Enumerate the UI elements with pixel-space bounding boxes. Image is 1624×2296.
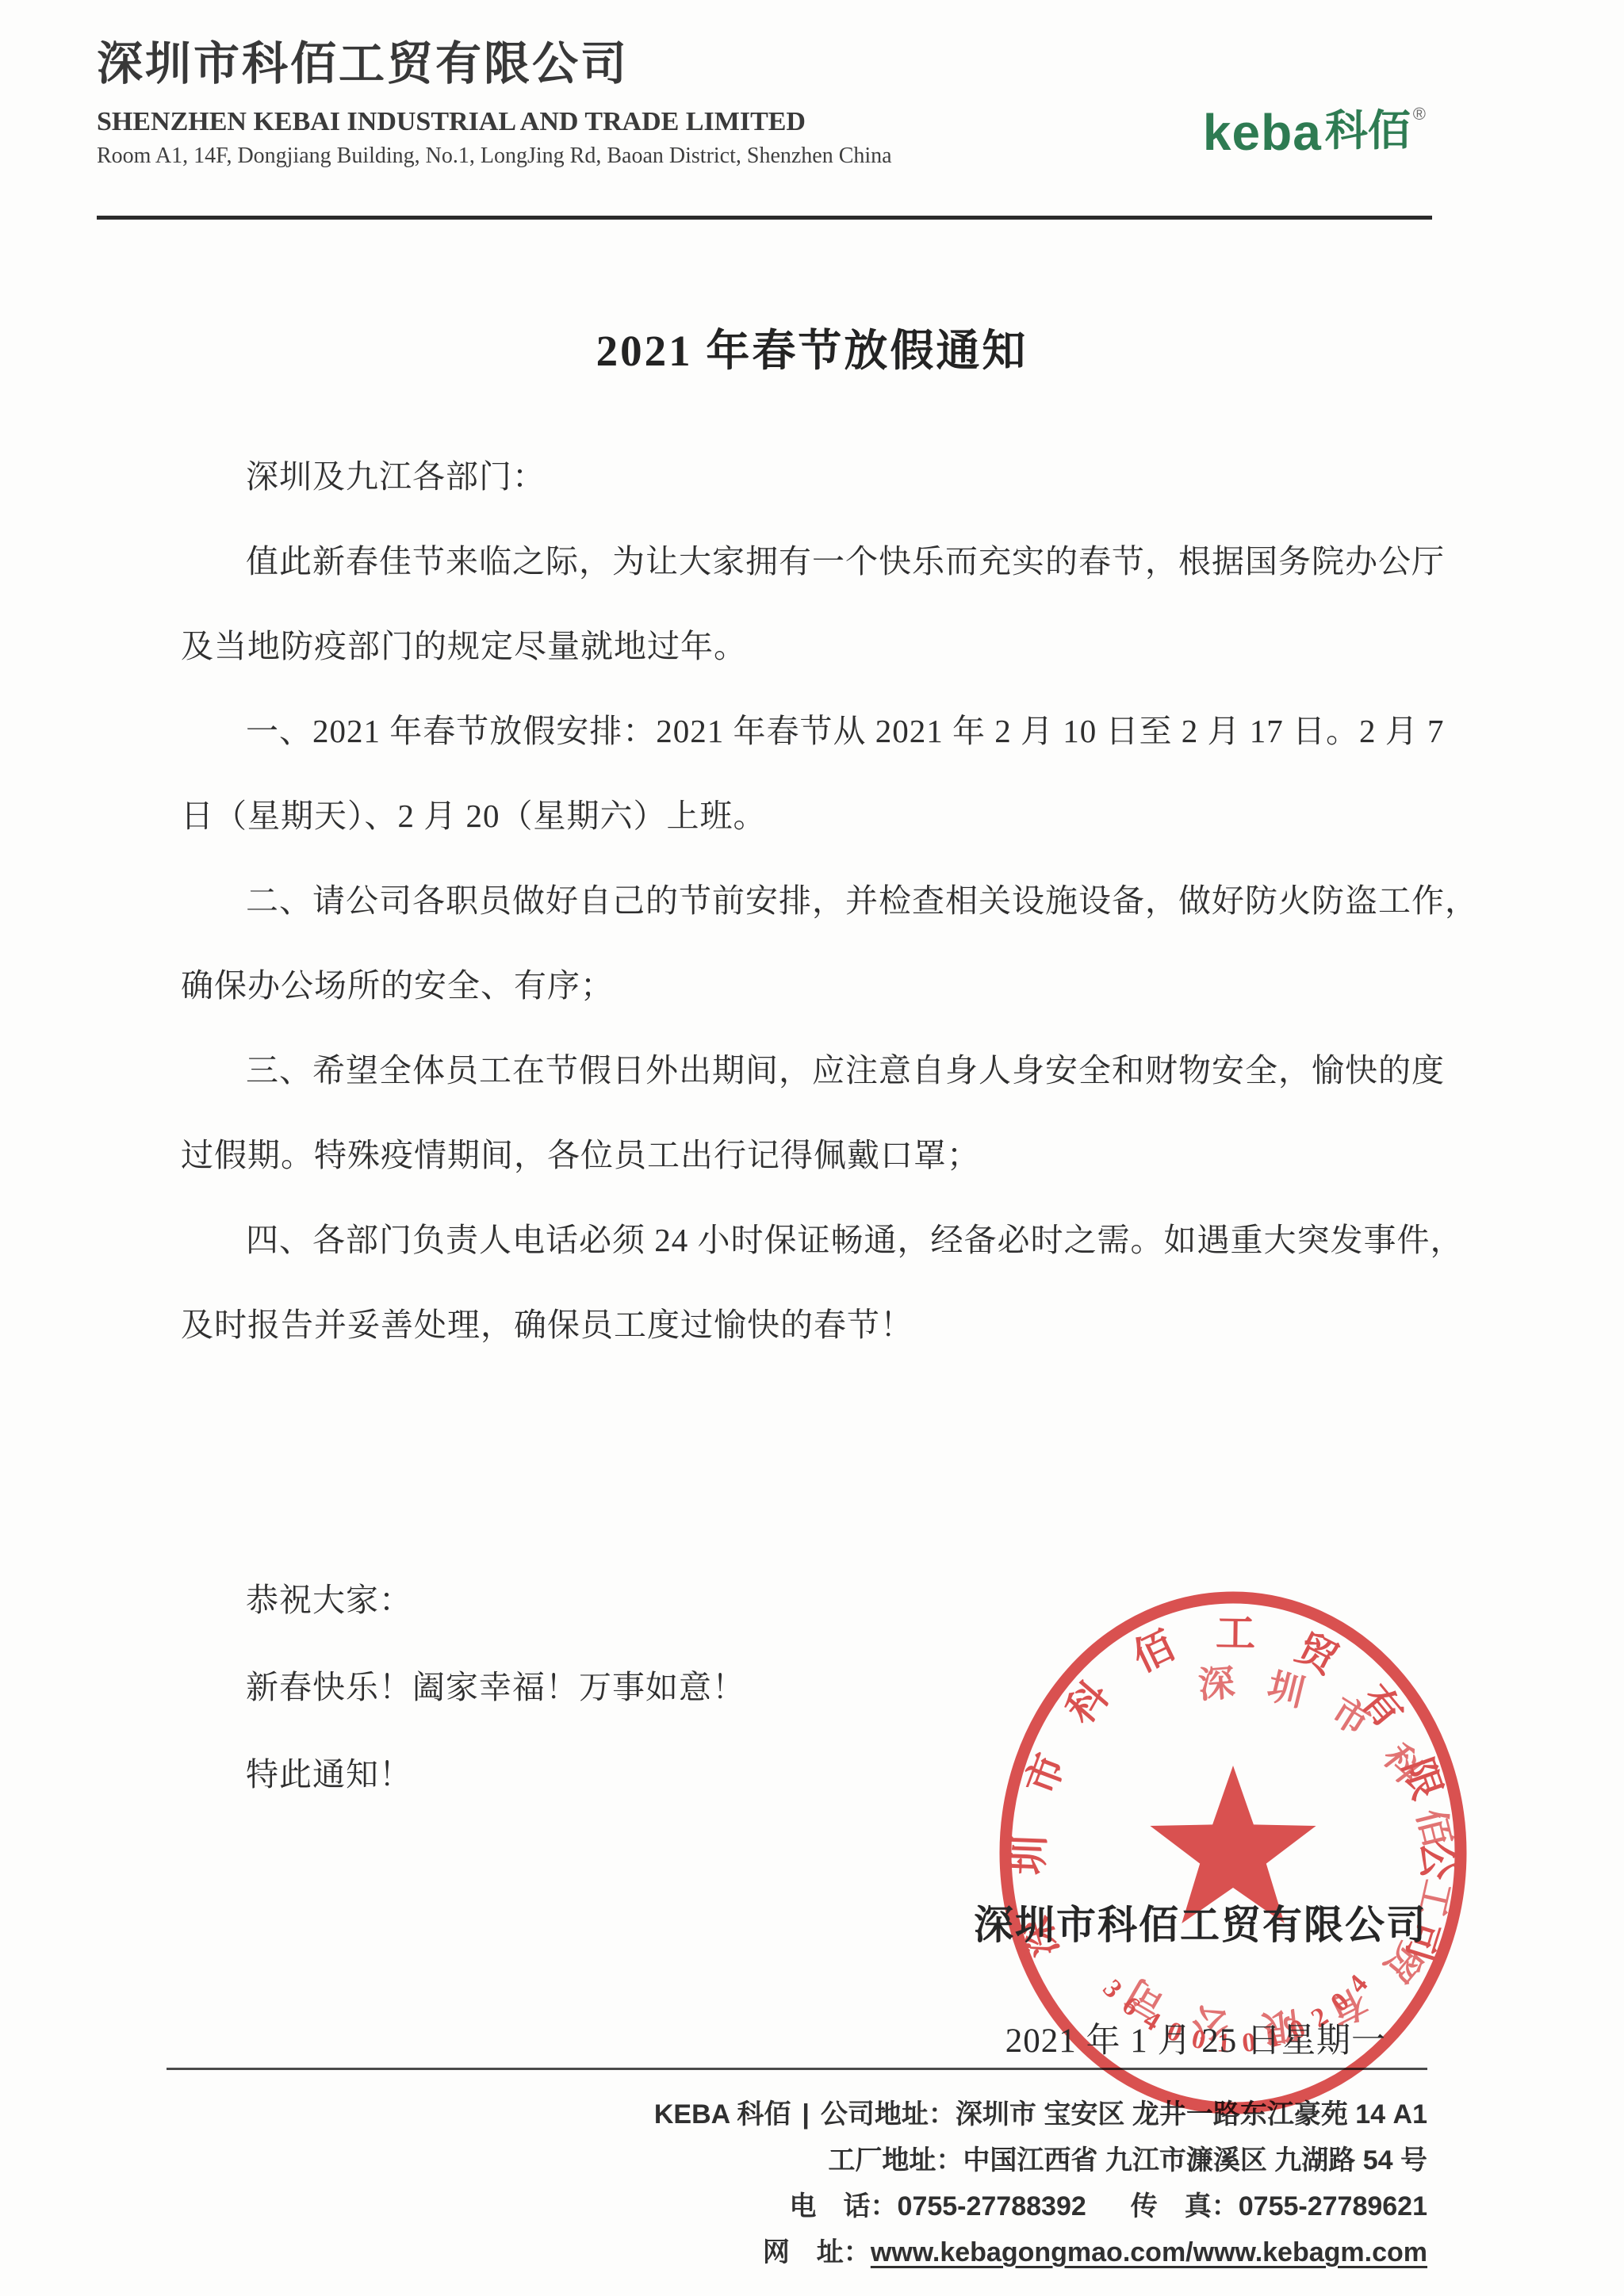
tel-value: 0755-27788392 — [898, 2191, 1086, 2221]
paragraph-line: 确保办公场所的安全、有序； — [181, 959, 1443, 1044]
footer-separator: | — [802, 2099, 810, 2130]
notice-body: 深圳及九江各部门： 值此新春佳节来临之际，为让大家拥有一个快乐而充实的春节，根据… — [181, 450, 1443, 1383]
web-label: 网 址： — [763, 2237, 871, 2267]
factory-address-label: 工厂地址： — [828, 2145, 963, 2175]
paragraph-line: 值此新春佳节来临之际，为让大家拥有一个快乐而充实的春节，根据国务院办公厅 — [181, 535, 1443, 620]
paragraph-line: 及时报告并妥善处理，确保员工度过愉快的春节！ — [181, 1299, 1443, 1383]
scanned-notice-page: 深圳市科佰工贸有限公司 SHENZHEN KEBAI INDUSTRIAL AN… — [0, 0, 1624, 2296]
letterhead: 深圳市科佰工贸有限公司 SHENZHEN KEBAI INDUSTRIAL AN… — [97, 38, 892, 171]
footer-line-tel-fax: 电 话：0755-27788392传 真：0755-27789621 — [654, 2183, 1427, 2229]
letterhead-divider — [97, 216, 1432, 220]
paragraph-line: 过假期。特殊疫情期间，各位员工出行记得佩戴口罩； — [181, 1129, 1443, 1214]
company-address-label: 公司地址： — [821, 2099, 956, 2130]
paragraph-line: 四、各部门负责人电话必须 24 小时保证畅通，经备必时之需。如遇重大突发事件， — [181, 1214, 1443, 1299]
paragraph-line: 日（星期天）、2 月 20（星期六）上班。 — [181, 790, 1443, 874]
paragraph-line: 一、2021 年春节放假安排：2021 年春节从 2021 年 2 月 10 日… — [181, 705, 1443, 790]
footer-line-factory-address: 工厂地址：中国江西省 九江市濂溪区 九湖路 54 号 — [654, 2137, 1427, 2183]
footer-brand: KEBA 科佰 — [654, 2099, 791, 2130]
footer-contact-block: KEBA 科佰|公司地址：深圳市 宝安区 龙井一路东江豪苑 14 A1 工厂地址… — [654, 2091, 1427, 2275]
footer-line-website: 网 址：www.kebagongmao.com/www.kebagm.com — [654, 2229, 1427, 2275]
paragraph-line: 二、请公司各职员做好自己的节前安排，并检查相关设施设备，做好防火防盗工作， — [181, 874, 1443, 959]
keba-logo: keba科佰® — [1203, 97, 1426, 162]
logo-latin-text: keba — [1203, 104, 1322, 161]
fax-label: 传 真： — [1131, 2191, 1239, 2221]
paragraph-line: 三、希望全体员工在节假日外出期间，应注意自身人身安全和财物安全，愉快的度 — [181, 1044, 1443, 1129]
document-title: 2021 年春节放假通知 — [0, 316, 1624, 378]
salutation-line: 深圳及九江各部门： — [181, 450, 1443, 535]
logo-cn-text: 科佰 — [1325, 107, 1411, 155]
registered-trademark-icon: ® — [1413, 104, 1426, 124]
fax-value: 0755-27789621 — [1239, 2191, 1427, 2221]
signature-company: 深圳市科佰工贸有限公司 — [974, 1893, 1427, 1950]
company-name-cn: 深圳市科佰工贸有限公司 — [97, 38, 892, 90]
website-links[interactable]: www.kebagongmao.com/www.kebagm.com — [871, 2237, 1427, 2267]
signature-date: 2021 年 1 月 25 日星期一 — [1005, 2014, 1386, 2062]
factory-address-value: 中国江西省 九江市濂溪区 九湖路 54 号 — [963, 2145, 1427, 2175]
tel-label: 电 话： — [790, 2191, 898, 2221]
company-name-en: SHENZHEN KEBAI INDUSTRIAL AND TRADE LIMI… — [97, 105, 892, 140]
paragraph-line: 及当地防疫部门的规定尽量就地过年。 — [181, 620, 1443, 705]
company-address: Room A1, 14F, Dongjiang Building, No.1, … — [97, 141, 892, 171]
